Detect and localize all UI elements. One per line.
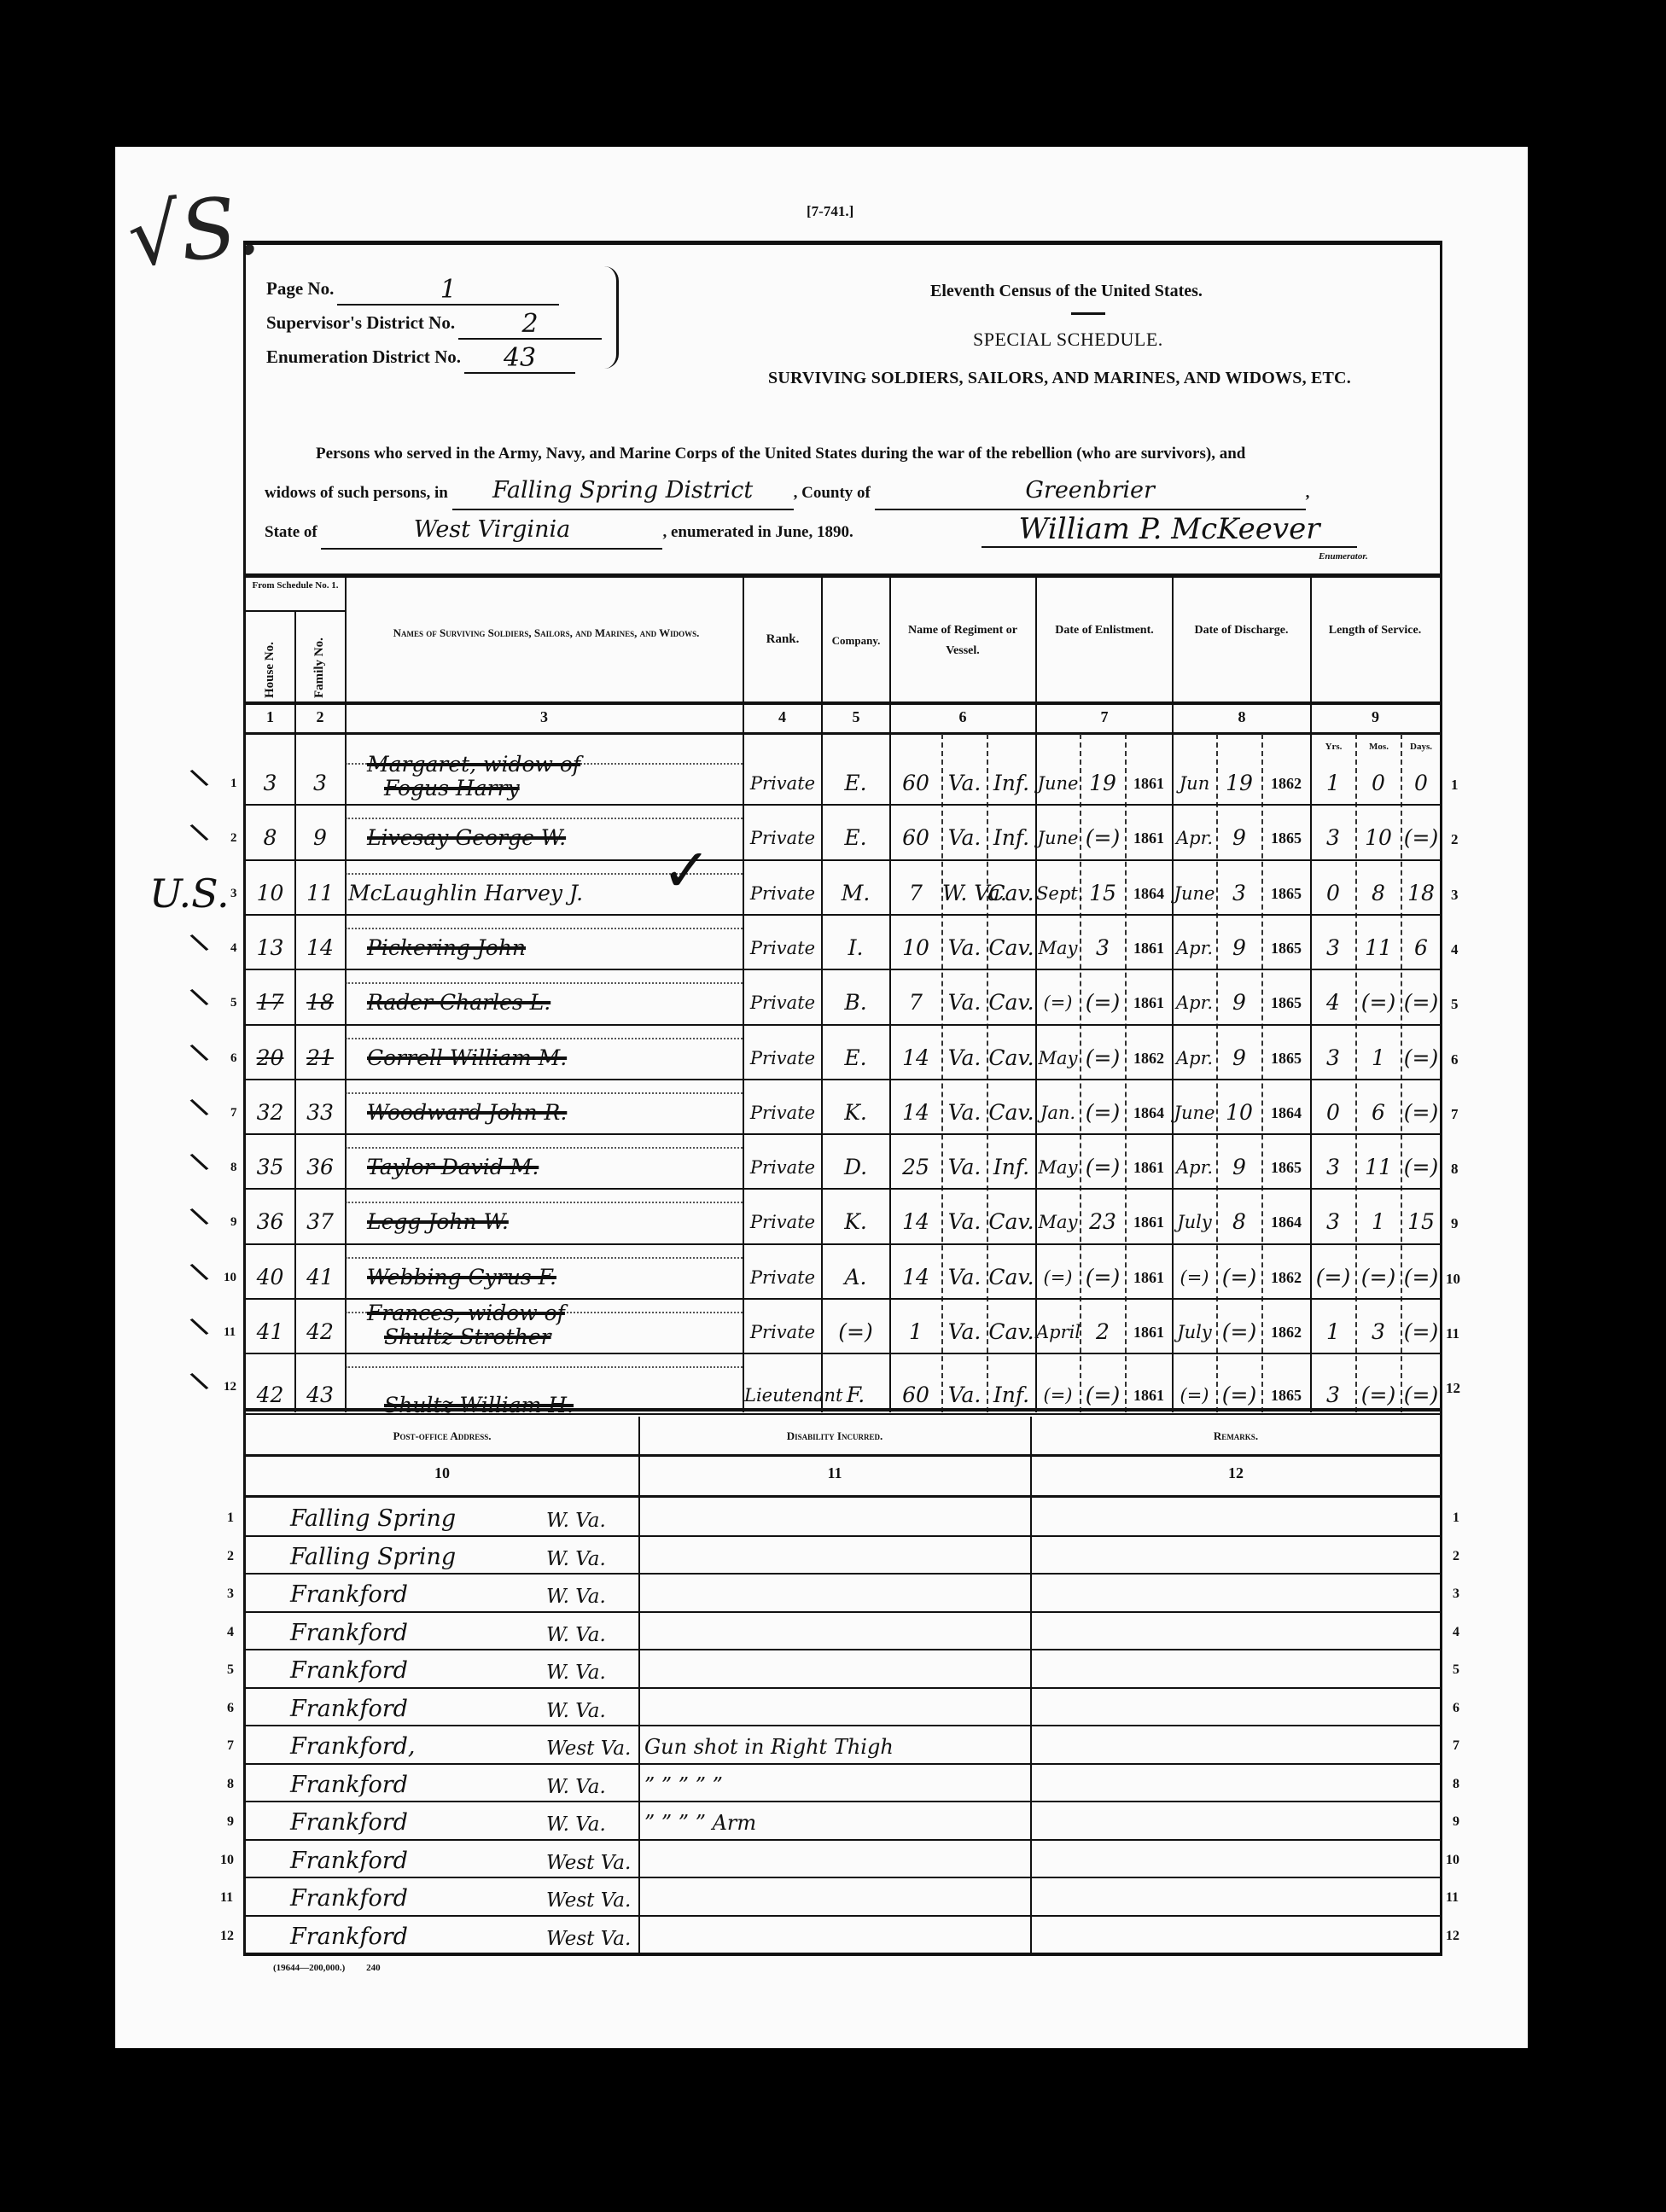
line-number: 3 <box>1451 887 1459 904</box>
cell-enl-month: May <box>1036 1046 1080 1070</box>
colnum-8: 8 <box>1173 708 1311 726</box>
cell-rank: Private <box>744 936 821 960</box>
line-number-left: 6 <box>230 1051 237 1066</box>
disability-incurred: ” ” ” ” Arm <box>644 1811 756 1835</box>
cell-mos: (=) <box>1356 991 1401 1015</box>
row-rule <box>246 914 1440 916</box>
row-rule <box>246 859 1440 861</box>
cell-yrs: (=) <box>1311 1266 1355 1289</box>
soldier-name: Livesay George W. <box>367 826 566 850</box>
post-office-state: W. Va. <box>546 1623 606 1647</box>
cell-enl-year: 1861 <box>1126 1383 1172 1407</box>
cell-reg-no: 14 <box>890 1266 941 1289</box>
cell-family: 36 <box>295 1155 345 1179</box>
row-rule <box>246 804 1440 806</box>
cell-mos: 11 <box>1356 936 1401 960</box>
cell-days: (=) <box>1401 1155 1441 1179</box>
post-office-town: Frankford, <box>290 1735 416 1759</box>
cell-enl-year: 1864 <box>1126 882 1172 905</box>
cell-rank: Private <box>744 1210 821 1234</box>
cell-yrs: 3 <box>1311 936 1355 960</box>
cell-mos: (=) <box>1356 1383 1401 1407</box>
cell-reg-type: Inf. <box>987 1383 1035 1407</box>
cell-yrs: 3 <box>1311 1383 1355 1407</box>
soldier-name: Taylor David M. <box>367 1155 539 1179</box>
cell-house: 8 <box>246 826 294 850</box>
row-rule <box>246 1079 1440 1080</box>
cell-rank: Private <box>744 1046 821 1070</box>
cell-dis-month: (=) <box>1173 1266 1216 1289</box>
line-number: 11 <box>1446 1890 1459 1906</box>
page-no: 1 <box>337 278 559 306</box>
house-no-header: House No. <box>263 623 277 698</box>
colnum-7: 7 <box>1036 708 1173 726</box>
cell-company: I. <box>822 936 889 960</box>
colnum-rule <box>246 1495 1440 1498</box>
cell-dis-year: 1862 <box>1262 1320 1310 1344</box>
name-guide <box>346 1366 743 1368</box>
cell-family: 42 <box>295 1320 345 1344</box>
cell-reg-no: 10 <box>890 936 941 960</box>
line-number: 10 <box>1446 1271 1460 1288</box>
rank-header: Rank. <box>744 630 821 649</box>
cell-house: 3 <box>246 771 294 795</box>
line-number: 5 <box>1451 996 1459 1013</box>
cell-yrs: 3 <box>1311 1210 1355 1234</box>
post-office-header: Post-office Address. <box>246 1427 638 1446</box>
cell-enl-month: April <box>1036 1320 1080 1344</box>
cell-dis-year: 1865 <box>1262 1383 1310 1407</box>
line-number-left: 10 <box>224 1271 236 1285</box>
soldier-name: Woodward John R. <box>367 1101 567 1125</box>
post-office-state: W. Va. <box>546 1509 606 1533</box>
enumeration-label: Enumeration District No. <box>266 340 461 374</box>
line-number-left: 1 <box>227 1511 234 1526</box>
cell-company: M. <box>822 882 889 905</box>
cell-house: 42 <box>246 1383 294 1407</box>
cell-reg-state: Va. <box>942 771 987 795</box>
names-header: Names of Surviving Soldiers, Sailors, an… <box>367 621 725 645</box>
post-office-town: Frankford <box>290 1583 408 1607</box>
post-office-town: Frankford <box>290 1697 408 1721</box>
post-office-town: Frankford <box>290 1811 408 1835</box>
line-number: 4 <box>1451 941 1459 958</box>
cell-mos: 10 <box>1356 826 1401 850</box>
post-office-town: Frankford <box>290 1887 408 1911</box>
cell-house: 36 <box>246 1210 294 1234</box>
cell-dis-year: 1862 <box>1262 771 1310 795</box>
disability-incurred: Gun shot in Right Thigh <box>644 1735 894 1759</box>
cell-dis-day: 19 <box>1217 771 1261 795</box>
line-number: 9 <box>1453 1814 1459 1830</box>
cell-house: 40 <box>246 1266 294 1289</box>
cell-dis-month: (=) <box>1173 1383 1216 1407</box>
intro-line-1: Persons who served in the Army, Navy, an… <box>265 435 1442 472</box>
line-number: 8 <box>1451 1161 1459 1178</box>
row-rule <box>246 1353 1440 1354</box>
cell-dis-month: Apr. <box>1173 1155 1216 1179</box>
cell-company: F. <box>822 1383 889 1407</box>
line-number: 11 <box>1446 1325 1459 1342</box>
line-number: 9 <box>1451 1215 1459 1232</box>
name-guide <box>346 818 743 819</box>
cell-enl-day: 3 <box>1081 936 1125 960</box>
line-number-left: 10 <box>220 1853 234 1868</box>
soldier-name: Webbing Cyrus F. <box>367 1266 556 1289</box>
name-guide <box>346 982 743 984</box>
post-office-town: Frankford <box>290 1925 408 1949</box>
cell-reg-state: W. Va. <box>942 882 987 905</box>
colnum-6: 6 <box>890 708 1035 726</box>
cell-reg-no: 14 <box>890 1101 941 1125</box>
cell-enl-month: (=) <box>1036 1383 1080 1407</box>
cell-days: (=) <box>1401 1320 1441 1344</box>
cell-enl-year: 1861 <box>1126 1320 1172 1344</box>
cell-reg-no: 14 <box>890 1046 941 1070</box>
cell-enl-year: 1861 <box>1126 1266 1172 1289</box>
cell-dis-day: (=) <box>1217 1266 1261 1289</box>
cell-house: 13 <box>246 936 294 960</box>
cell-dis-year: 1865 <box>1262 826 1310 850</box>
row-rule <box>246 1133 1440 1135</box>
supervisor-label: Supervisor's District No. <box>266 306 455 340</box>
line-number-left: 3 <box>230 887 237 901</box>
cell-enl-month: (=) <box>1036 1266 1080 1289</box>
page-no-label: Page No. <box>266 271 334 306</box>
days-header: Days. <box>1401 737 1441 756</box>
name-guide <box>346 1202 743 1203</box>
cell-reg-state: Va. <box>942 936 987 960</box>
remarks-header: Remarks. <box>1031 1427 1441 1446</box>
line-number: 4 <box>1453 1625 1459 1640</box>
cell-house: 17 <box>246 991 294 1015</box>
cell-enl-month: June <box>1036 771 1080 795</box>
cell-enl-year: 1861 <box>1126 991 1172 1015</box>
cell-dis-year: 1865 <box>1262 936 1310 960</box>
regiment-header: Name of Regiment or Vessel. <box>890 620 1035 661</box>
enumerator-signature: William P. McKeever <box>982 512 1357 548</box>
cell-house: 41 <box>246 1320 294 1344</box>
cell-dis-year: 1865 <box>1262 882 1310 905</box>
county-label: , County of <box>794 484 871 502</box>
cell-reg-no: 7 <box>890 991 941 1015</box>
cell-days: 18 <box>1401 882 1441 905</box>
cell-days: 15 <box>1401 1210 1441 1234</box>
cell-reg-type: Cav. <box>987 936 1035 960</box>
cell-enl-year: 1861 <box>1126 1155 1172 1179</box>
cell-reg-no: 60 <box>890 771 941 795</box>
colnum-11: 11 <box>639 1464 1030 1482</box>
cell-reg-type: Cav. <box>987 1320 1035 1344</box>
cell-days: (=) <box>1401 1266 1441 1289</box>
district-info: Page No.1 Supervisor's District No.2 Enu… <box>266 271 602 374</box>
post-office-state: W. Va. <box>546 1775 606 1799</box>
cell-reg-state: Va. <box>942 991 987 1015</box>
district-name: Falling Spring District <box>452 472 794 510</box>
cell-enl-year: 1862 <box>1126 1046 1172 1070</box>
cell-company: A. <box>822 1266 889 1289</box>
cell-dis-day: 9 <box>1217 936 1261 960</box>
cell-mos: (=) <box>1356 1266 1401 1289</box>
post-office-town: Frankford <box>290 1621 408 1645</box>
cell-reg-no: 14 <box>890 1210 941 1234</box>
post-office-town: Frankford <box>290 1849 408 1873</box>
cell-enl-month: (=) <box>1036 991 1080 1015</box>
brace <box>604 266 619 369</box>
cell-family: 33 <box>295 1101 345 1125</box>
cell-yrs: 1 <box>1311 1320 1355 1344</box>
from-schedule-header: From Schedule No. 1. <box>246 580 345 591</box>
cell-days: (=) <box>1401 1101 1441 1125</box>
cell-yrs: 0 <box>1311 1101 1355 1125</box>
line-number-left: 12 <box>220 1929 234 1944</box>
form-number: [7-741.] <box>807 203 853 220</box>
colnum-9: 9 <box>1311 708 1440 726</box>
row-rule <box>246 1915 1440 1917</box>
line-number-left: 5 <box>227 1662 234 1678</box>
header-rule <box>246 1454 1440 1457</box>
row-rule <box>246 1839 1440 1841</box>
cell-enl-year: 1861 <box>1126 936 1172 960</box>
line-number-left: 4 <box>227 1625 234 1640</box>
cell-enl-day: (=) <box>1081 1046 1125 1070</box>
cell-enl-day: (=) <box>1081 1155 1125 1179</box>
soldier-name: Pickering John <box>367 936 526 960</box>
cell-dis-day: 9 <box>1217 1155 1261 1179</box>
table-top-rule <box>246 573 1440 578</box>
cell-reg-type: Cav. <box>987 1210 1035 1234</box>
cell-reg-state: Va. <box>942 1383 987 1407</box>
row-rule <box>246 1188 1440 1190</box>
enumeration-no: 43 <box>464 346 575 374</box>
cell-dis-year: 1865 <box>1262 1046 1310 1070</box>
print-code-text: (19644—200,000.) <box>273 1963 345 1973</box>
cell-reg-state: Va. <box>942 1266 987 1289</box>
name-guide <box>346 928 743 929</box>
cell-reg-state: Va. <box>942 1155 987 1179</box>
line-number: 12 <box>1446 1929 1459 1944</box>
row-rule <box>246 1298 1440 1300</box>
cell-reg-state: Va. <box>942 1101 987 1125</box>
cell-rank: Private <box>744 1266 821 1289</box>
title-divider <box>1071 312 1105 315</box>
soldier-name: Rader Charles L. <box>367 991 550 1015</box>
cell-company: E. <box>822 826 889 850</box>
cell-days: (=) <box>1401 991 1441 1015</box>
cell-dis-month: Apr. <box>1173 826 1216 850</box>
cell-reg-state: Va. <box>942 1046 987 1070</box>
line-number: 5 <box>1453 1662 1459 1678</box>
colnum-10: 10 <box>246 1464 638 1482</box>
cell-family: 18 <box>295 991 345 1015</box>
line-number: 6 <box>1453 1701 1459 1716</box>
cell-enl-month: May <box>1036 936 1080 960</box>
cell-mos: 3 <box>1356 1320 1401 1344</box>
row-rule <box>246 1763 1440 1765</box>
cell-enl-year: 1861 <box>1126 826 1172 850</box>
us-margin-note: U.S. <box>149 870 230 917</box>
cell-yrs: 3 <box>1311 826 1355 850</box>
cell-dis-year: 1865 <box>1262 991 1310 1015</box>
cell-rank: Private <box>744 1320 821 1344</box>
colnum-4: 4 <box>743 708 821 726</box>
cell-house: 10 <box>246 882 294 905</box>
checkmark-icon: ✓ <box>661 835 712 905</box>
cell-days: (=) <box>1401 1383 1441 1407</box>
cell-dis-day: 9 <box>1217 826 1261 850</box>
schedule-subtitle: SURVIVING SOLDIERS, SAILORS, AND MARINES… <box>768 369 1351 388</box>
cell-mos: 1 <box>1356 1210 1401 1234</box>
cell-enl-day: 2 <box>1081 1320 1125 1344</box>
cell-family: 41 <box>295 1266 345 1289</box>
cell-enl-day: (=) <box>1081 1383 1125 1407</box>
line-number-left: 8 <box>230 1161 237 1175</box>
cell-dis-year: 1865 <box>1262 1155 1310 1179</box>
cell-enl-year: 1861 <box>1126 771 1172 795</box>
cell-reg-no: 60 <box>890 1383 941 1407</box>
cell-family: 37 <box>295 1210 345 1234</box>
section-divider <box>246 1410 1440 1415</box>
cell-dis-day: 10 <box>1217 1101 1261 1125</box>
line-number-left: 2 <box>227 1549 234 1564</box>
page-code-text: 240 <box>366 1963 381 1973</box>
row-rule <box>246 1573 1440 1575</box>
cell-reg-state: Va. <box>942 1320 987 1344</box>
post-office-state: West Va. <box>546 1927 631 1951</box>
cell-family: 3 <box>295 771 345 795</box>
cell-rank: Private <box>744 991 821 1015</box>
cell-reg-type: Cav. <box>987 1101 1035 1125</box>
cell-dis-month: July <box>1173 1320 1216 1344</box>
row-rule <box>246 1725 1440 1726</box>
line-number: 1 <box>1453 1511 1459 1526</box>
post-office-town: Frankford <box>290 1659 408 1683</box>
line-number-left: 9 <box>230 1215 237 1230</box>
line-number: 1 <box>1451 777 1459 794</box>
cell-yrs: 3 <box>1311 1155 1355 1179</box>
cell-enl-month: June <box>1036 826 1080 850</box>
cell-mos: 6 <box>1356 1101 1401 1125</box>
length-header: Length of Service. <box>1311 620 1439 641</box>
post-office-state: West Va. <box>546 1851 631 1875</box>
cell-enl-month: Jan. <box>1036 1101 1080 1125</box>
line-number-left: 2 <box>230 831 237 846</box>
cell-reg-type: Cav. <box>987 991 1035 1015</box>
cell-company: E. <box>822 1046 889 1070</box>
row-rule <box>246 1243 1440 1245</box>
row-rule <box>246 1687 1440 1689</box>
line-number: 7 <box>1453 1738 1459 1754</box>
post-office-state: West Va. <box>546 1889 631 1912</box>
cell-yrs: 4 <box>1311 991 1355 1015</box>
colnum-5: 5 <box>822 708 890 726</box>
line-number-left: 1 <box>230 777 237 791</box>
line-number-left: 11 <box>220 1890 233 1906</box>
cell-dis-year: 1864 <box>1262 1101 1310 1125</box>
intro-prefix: widows of such persons, in <box>265 484 448 502</box>
supervisor-no: 2 <box>458 312 602 340</box>
row-rule <box>246 1801 1440 1802</box>
line-number: 8 <box>1453 1777 1459 1792</box>
cell-enl-day: (=) <box>1081 1101 1125 1125</box>
row-rule <box>246 1024 1440 1026</box>
cell-dis-day: (=) <box>1217 1383 1261 1407</box>
name-guide <box>346 1257 743 1259</box>
row-rule <box>246 1649 1440 1650</box>
post-office-town: Falling Spring <box>290 1507 456 1531</box>
cell-house: 20 <box>246 1046 294 1070</box>
cell-days: 6 <box>1401 936 1441 960</box>
cell-house: 35 <box>246 1155 294 1179</box>
cell-family: 11 <box>295 882 345 905</box>
cell-days: 0 <box>1401 771 1441 795</box>
soldier-name: Correll William M. <box>367 1046 567 1070</box>
cell-dis-month: Apr. <box>1173 991 1216 1015</box>
row-rule <box>246 1953 1440 1954</box>
cell-dis-year: 1864 <box>1262 1210 1310 1234</box>
cell-dis-year: 1862 <box>1262 1266 1310 1289</box>
cell-mos: 1 <box>1356 1046 1401 1070</box>
soldier-name: Margaret, widow of <box>367 753 580 777</box>
name-guide <box>346 1092 743 1094</box>
cell-reg-no: 7 <box>890 882 941 905</box>
cell-yrs: 3 <box>1311 1046 1355 1070</box>
colnum-2: 2 <box>295 708 345 726</box>
line-number-left: 7 <box>227 1738 234 1754</box>
line-number: 6 <box>1451 1051 1459 1068</box>
state-name: West Virginia <box>321 511 662 550</box>
colnum-3: 3 <box>346 708 743 726</box>
line-number-left: 8 <box>227 1777 234 1792</box>
schedule-title: SPECIAL SCHEDULE. <box>973 329 1163 351</box>
cell-reg-no: 60 <box>890 826 941 850</box>
cell-reg-no: 1 <box>890 1320 941 1344</box>
cell-dis-day: 8 <box>1217 1210 1261 1234</box>
line-number: 3 <box>1453 1586 1459 1602</box>
line-number: 7 <box>1451 1106 1459 1123</box>
cell-company: E. <box>822 771 889 795</box>
state-label: State of <box>265 523 317 541</box>
cell-rank: Private <box>744 882 821 905</box>
cell-enl-month: May <box>1036 1155 1080 1179</box>
cell-enl-year: 1861 <box>1126 1210 1172 1234</box>
cell-family: 43 <box>295 1383 345 1407</box>
cell-rank: Private <box>744 771 821 795</box>
line-number: 2 <box>1451 831 1459 848</box>
cell-company: K. <box>822 1101 889 1125</box>
soldier-name: McLaughlin Harvey J. <box>348 882 583 905</box>
yrs-header: Yrs. <box>1311 737 1356 756</box>
cell-reg-type: Cav. <box>987 1266 1035 1289</box>
cell-reg-state: Va. <box>942 826 987 850</box>
cell-yrs: 0 <box>1311 882 1355 905</box>
cell-reg-no: 25 <box>890 1155 941 1179</box>
census-title: Eleventh Census of the United States. <box>930 282 1203 301</box>
row-rule <box>246 1611 1440 1613</box>
cell-reg-type: Inf. <box>987 771 1035 795</box>
disability-header: Disability Incurred. <box>639 1427 1030 1446</box>
soldier-name-line2: Shultz Strother <box>384 1325 551 1349</box>
row-rule <box>246 1877 1440 1878</box>
post-office-state: West Va. <box>546 1737 631 1761</box>
cell-enl-month: May <box>1036 1210 1080 1234</box>
cell-enl-year: 1864 <box>1126 1101 1172 1125</box>
post-office-state: W. Va. <box>546 1585 606 1609</box>
cell-enl-day: 23 <box>1081 1210 1125 1234</box>
col-divider <box>345 578 347 1412</box>
cell-family: 21 <box>295 1046 345 1070</box>
line-number-left: 6 <box>227 1701 234 1716</box>
